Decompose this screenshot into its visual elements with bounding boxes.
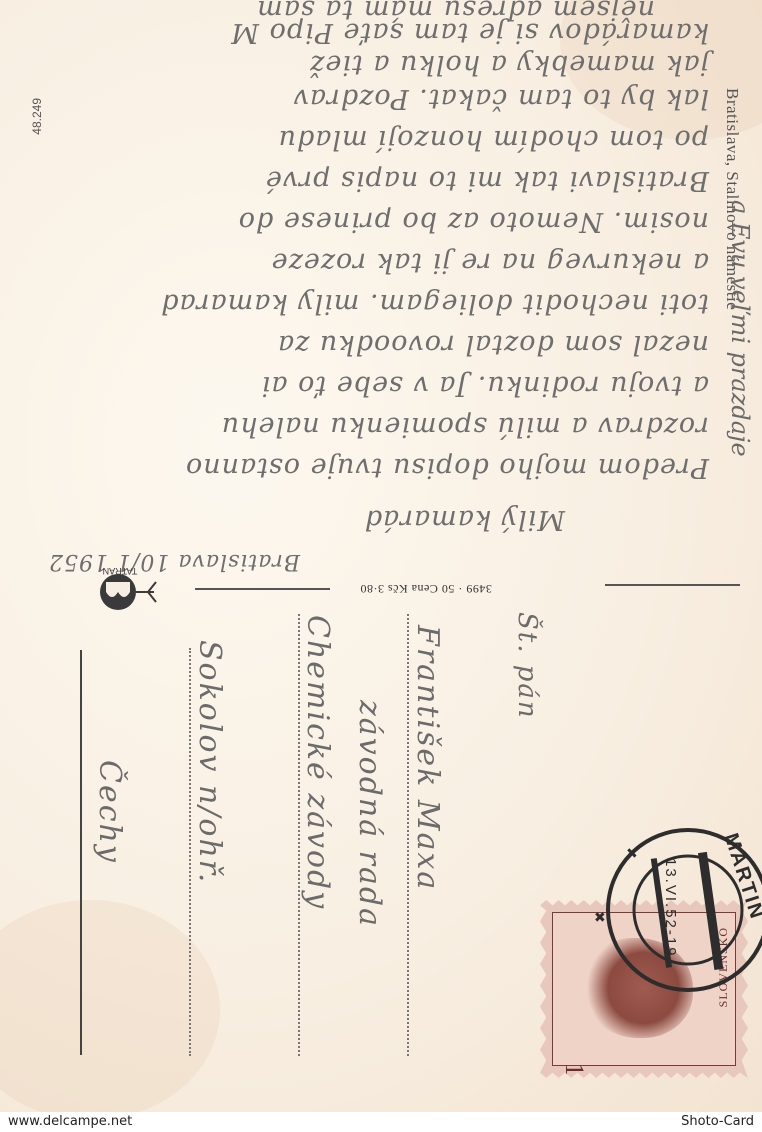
address-dotted-line — [189, 648, 191, 1056]
divider-line — [195, 588, 330, 590]
message-line: nezal som doztal rovoodku za — [277, 329, 709, 360]
message-line: rozdrav a milú spomienku nalehu — [221, 411, 709, 442]
message-line: nějsem adresu mám ta sam — [256, 0, 655, 25]
message-line: a tvoju rodinku. Ja v sebe ťo ai — [261, 370, 709, 401]
address-divider — [80, 650, 82, 1055]
message-line: lak by to tam čakat. Pozdrav — [293, 83, 709, 114]
printer-info: 3499 · 50 Cena Kčs 3·80 — [360, 581, 492, 596]
message-vertical-note: a Evu veľmi prazdaje — [726, 200, 754, 457]
message-line: Predom mojho dopisu tvuje ostanno — [185, 452, 709, 483]
message-line: a nekurveg na re ji tak rozeze — [271, 247, 709, 278]
handwritten-message: Milý kamarád Predom mojho dopisu tvuje o… — [0, 0, 715, 545]
svg-text:✖: ✖ — [594, 910, 606, 926]
message-line: nosim. Nemoto az bo prinese do — [238, 206, 709, 237]
message-greeting: Milý kamarád — [364, 504, 565, 535]
catalog-code: 48.249 — [30, 98, 44, 135]
address-line: Čechy — [92, 760, 127, 864]
svg-text:TATRAN: TATRAN — [103, 566, 138, 576]
address-line: Sokolov n/ohř. — [192, 640, 227, 884]
address-line: Chemické závody — [300, 615, 335, 910]
address-line: závodná rada — [352, 700, 387, 928]
divider-line — [605, 584, 740, 586]
message-line: jak mamebky a holku a tiež — [309, 49, 709, 80]
postcard-back: Milý kamarád Predom mojho dopisu tvuje o… — [0, 0, 762, 1112]
watermark-footer: www.delcampe.net Shoto-Card — [0, 1112, 762, 1132]
publisher-logo-icon: TATRAN — [88, 562, 158, 620]
message-line: Bratislavi tak mi to napis prvé — [265, 165, 709, 196]
address-line: František Maxa — [410, 625, 445, 891]
seller-name: Shoto-Card — [681, 1114, 754, 1129]
address-dotted-line — [407, 614, 409, 1056]
address-prefix: Št. pán — [512, 612, 542, 720]
message-line: po tom chodím honzojí mladu — [278, 124, 709, 155]
svg-text:✖: ✖ — [626, 846, 638, 862]
site-link[interactable]: www.delcampe.net — [8, 1114, 132, 1129]
message-line: toti nechodit doliegam. mily kamarad — [160, 288, 709, 319]
stamp-value: 1 50 — [559, 1063, 589, 1109]
postmark-date: 13.VI.52-19 — [662, 858, 679, 958]
stain — [0, 900, 220, 1112]
